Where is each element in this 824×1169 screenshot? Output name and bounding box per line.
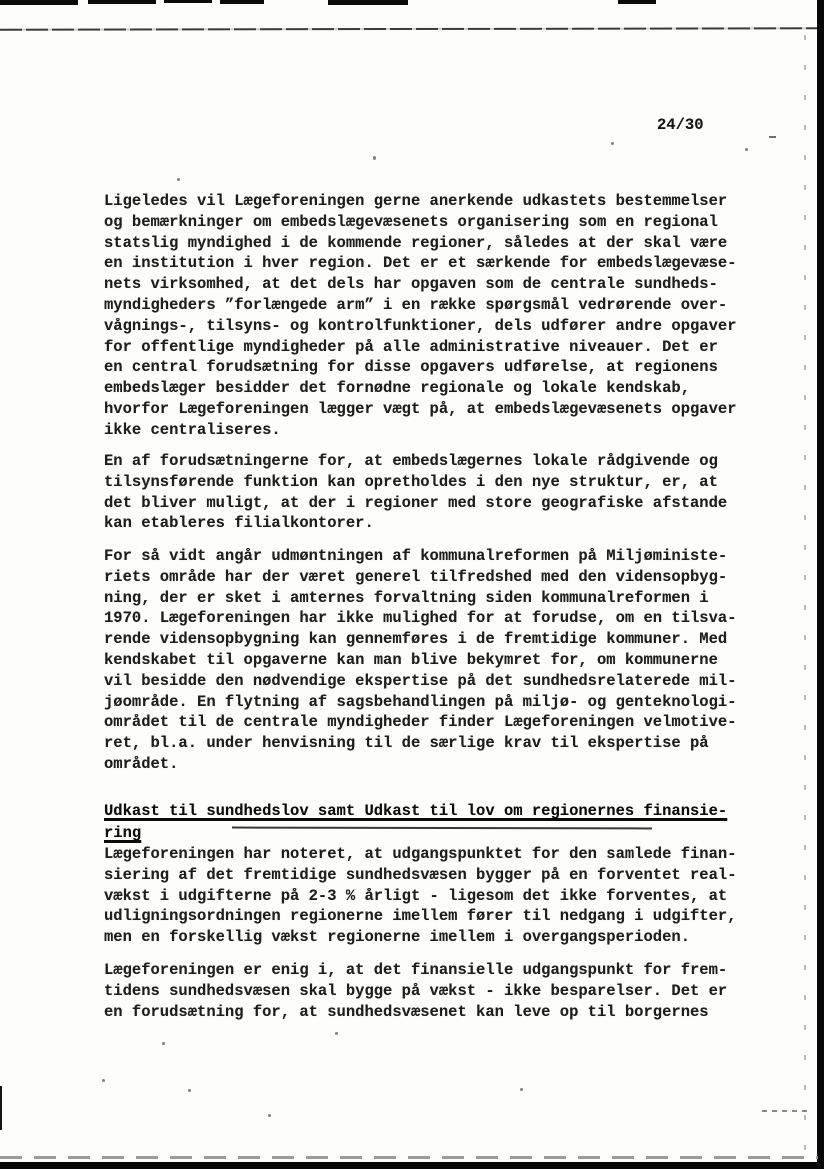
- scan-speck: [162, 1042, 165, 1045]
- scan-speck: [335, 1032, 338, 1035]
- scan-speck: [102, 1079, 105, 1082]
- scan-bottom-dashed-line: [0, 1156, 818, 1159]
- paragraph-1: Ligeledes vil Lægeforeningen gerne anerk…: [104, 191, 768, 441]
- scan-left-edge-mark: [0, 1086, 2, 1130]
- scan-speck: [520, 1088, 523, 1091]
- scan-bottom-edge-bar: [0, 1162, 824, 1169]
- scan-right-dotted-line: [804, 35, 806, 1153]
- scan-right-edge-bar: [817, 0, 824, 1169]
- scan-dash-row: [762, 1110, 808, 1112]
- section-heading: Udkast til sundhedslov samt Udkast til l…: [104, 800, 768, 844]
- scan-speck: [177, 178, 180, 181]
- scan-fold-line: [0, 27, 824, 30]
- paragraph-2: En af forudsætningerne for, at embedslæg…: [104, 451, 768, 534]
- paragraph-4: Lægeforeningen har noteret, at udgangspu…: [104, 844, 768, 948]
- scan-top-edge-segment: [88, 0, 156, 4]
- scan-speck: [769, 136, 776, 138]
- scan-top-edge-segment: [328, 0, 408, 5]
- scan-top-edge-segment: [0, 0, 78, 5]
- scan-top-edge-segment: [618, 0, 656, 4]
- scan-top-edge-segment: [164, 0, 212, 3]
- scan-speck: [611, 142, 614, 145]
- scan-top-edge-segment: [220, 0, 264, 4]
- paragraph-3: For så vidt angår udmøntningen af kommun…: [104, 546, 768, 775]
- scan-speck: [188, 1089, 191, 1092]
- paragraph-5: Lægeforeningen er enig i, at det finansi…: [104, 960, 768, 1022]
- scan-speck: [745, 148, 748, 151]
- page-number: 24/30: [657, 116, 704, 134]
- scan-speck: [268, 1114, 271, 1117]
- scanned-page: 24/30 Ligeledes vil Lægeforeningen gerne…: [0, 0, 824, 1169]
- scan-speck: [373, 156, 376, 160]
